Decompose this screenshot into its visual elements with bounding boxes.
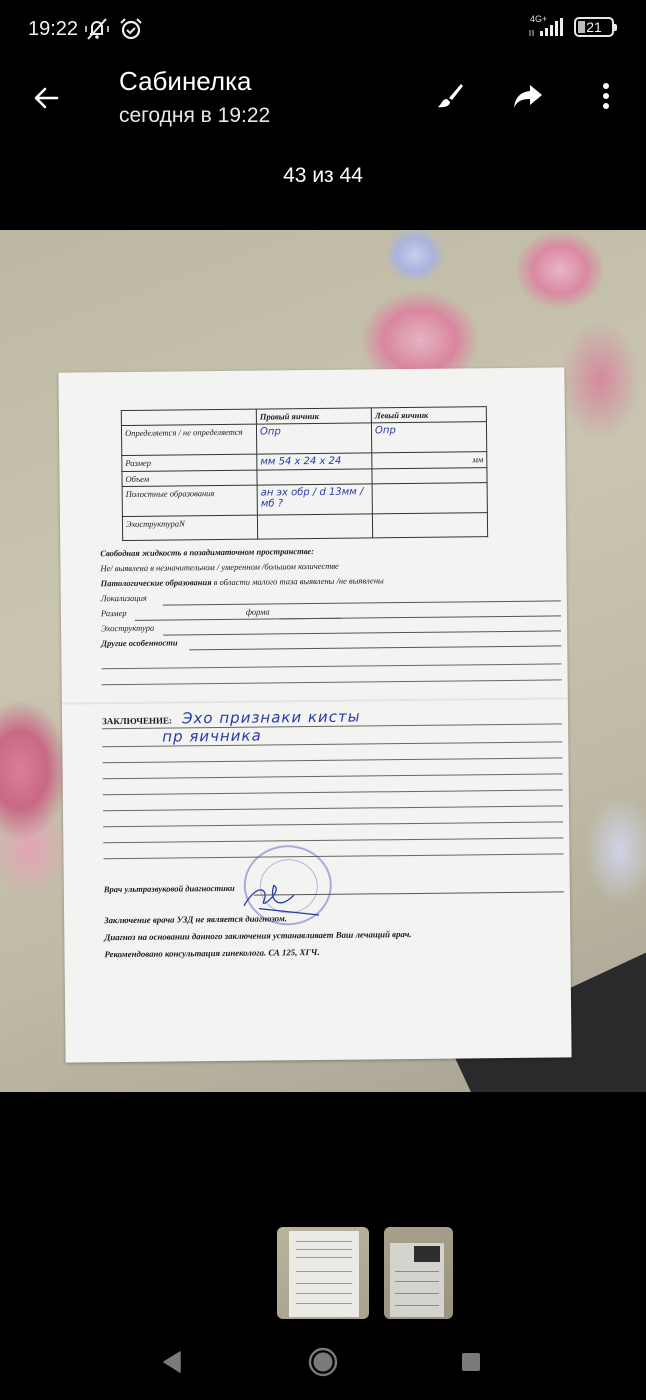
- header-left-ovary: Левый яичник: [371, 407, 486, 423]
- navigation-bar: [0, 1330, 646, 1390]
- disclaimer-line: Рекомендовано консультация гинеколога. С…: [104, 941, 564, 963]
- row-right-value: [257, 514, 372, 539]
- row-left-value: [372, 483, 487, 514]
- arrow-left-icon: [32, 84, 60, 112]
- chat-title: Сабинелка: [119, 66, 251, 97]
- battery-indicator: 21: [574, 17, 614, 37]
- pathology-options: в области малого таза выявлены /не выявл…: [212, 575, 384, 587]
- conclusion-label: ЗАКЛЮЧЕНИЕ:: [102, 715, 172, 726]
- more-options-button[interactable]: [582, 72, 630, 120]
- medical-document: Правый яичник Левый яичник Определяется …: [58, 367, 571, 1062]
- recents-square-icon: [460, 1351, 482, 1373]
- ultrasound-image: [414, 1246, 440, 1262]
- ovary-table: Правый яичник Левый яичник Определяется …: [121, 406, 488, 541]
- edit-button[interactable]: [426, 72, 474, 120]
- field-label: Другие особенности: [101, 637, 177, 648]
- paint-brush-icon: [435, 81, 465, 111]
- row-label: Полостные образования: [122, 485, 257, 516]
- app-bar: Сабинелка сегодня в 19:22: [0, 60, 646, 140]
- disclaimer: Заключение врача УЗД не является диагноз…: [104, 907, 565, 963]
- status-indicators: 4G+ 21: [528, 16, 614, 38]
- pathology-title: Патологические образования: [101, 577, 212, 588]
- row-label: ЭхоструктураN: [122, 515, 257, 540]
- row-left-value: Опр: [371, 422, 486, 453]
- row-right-value: ан эх обр / d 13мм / мб ?: [257, 484, 372, 515]
- status-bar: 19:22 4G+ 21: [0, 0, 646, 60]
- battery-percent: 21: [586, 19, 602, 35]
- back-button[interactable]: [22, 74, 70, 122]
- conclusion-section: ЗАКЛЮЧЕНИЕ: Эхо признаки кисты пр яичник…: [102, 702, 564, 859]
- home-circle-icon: [308, 1347, 338, 1377]
- back-triangle-icon: [161, 1350, 183, 1374]
- battery-level: [578, 21, 585, 33]
- header-right-ovary: Правый яичник: [256, 408, 371, 424]
- nav-back-button[interactable]: [152, 1342, 192, 1382]
- field-label: Локализация: [101, 593, 147, 603]
- row-left-value: [372, 468, 487, 484]
- share-button[interactable]: [504, 72, 552, 120]
- conclusion-handwritten: пр яичника: [162, 727, 262, 746]
- photo-viewer[interactable]: Правый яичник Левый яичник Определяется …: [0, 230, 646, 1092]
- conclusion-handwritten: Эхо признаки кисты: [182, 708, 361, 728]
- share-forward-icon: [512, 81, 544, 111]
- row-label: Определяется / не определяется: [121, 424, 256, 455]
- row-right-value: [257, 469, 372, 485]
- thumbnail-44[interactable]: [384, 1227, 453, 1319]
- findings-section: Свободная жидкость в позадиматочном прос…: [100, 543, 561, 685]
- nav-home-button[interactable]: [303, 1342, 343, 1382]
- doctor-field: Врач ультразвуковой диагностики: [104, 879, 564, 899]
- row-left-value: [372, 513, 487, 538]
- thumbnail-strip: [0, 1227, 646, 1319]
- field-label: форма: [246, 606, 270, 616]
- more-vert-icon: [601, 81, 611, 111]
- nav-recents-button[interactable]: [451, 1342, 491, 1382]
- field-label: Эхоструктура: [101, 623, 154, 634]
- vibrate-off-icon: [84, 16, 110, 42]
- signal-icon: 4G+: [528, 16, 566, 38]
- row-label: Размер: [122, 454, 257, 471]
- image-counter: 43 из 44: [0, 164, 646, 188]
- row-label: Объем: [122, 470, 257, 486]
- row-left-value: мм: [372, 452, 487, 469]
- field-label: Размер: [101, 608, 127, 618]
- message-timestamp: сегодня в 19:22: [119, 104, 270, 128]
- row-right-value: Опр: [256, 423, 371, 454]
- thumbnail-43[interactable]: [277, 1227, 369, 1319]
- row-right-value: мм 54 х 24 х 24: [257, 453, 372, 470]
- status-time: 19:22: [28, 18, 78, 41]
- alarm-icon: [118, 16, 144, 42]
- doctor-label: Врач ультразвуковой диагностики: [104, 883, 235, 894]
- doctor-section: Врач ультразвуковой диагностики: [104, 879, 564, 899]
